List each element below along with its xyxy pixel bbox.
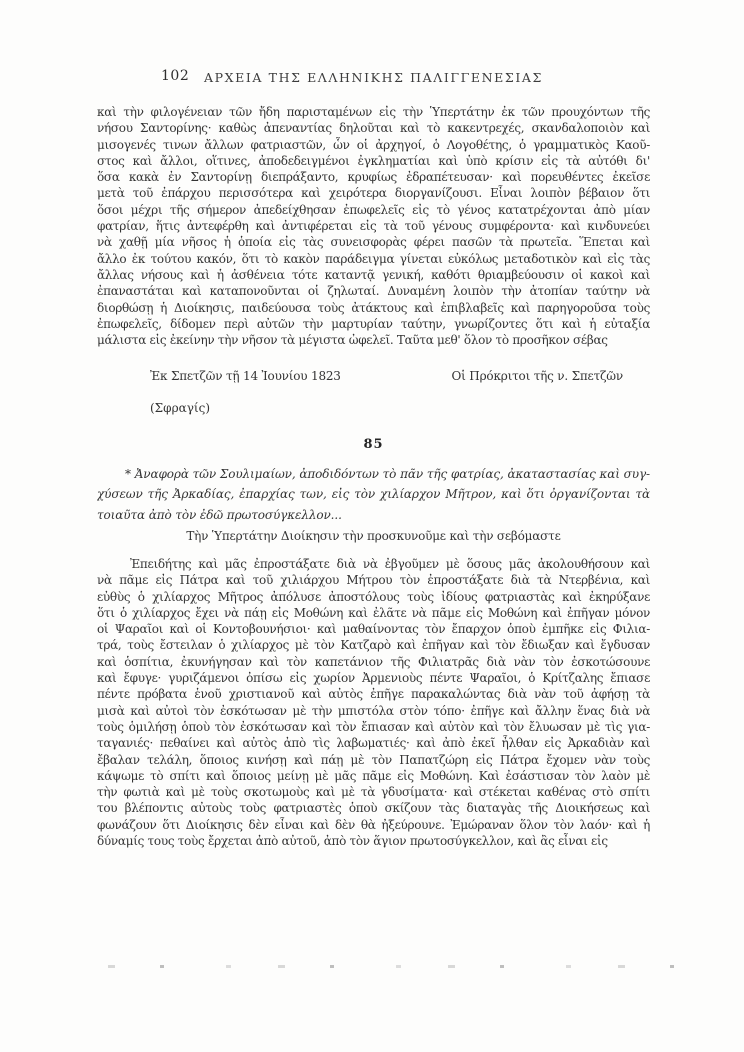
text-line: μισογενές τινων ἄλλων φατριαστῶν, ὧν οἱ … (97, 137, 650, 153)
text-line: φωνάζουν ὅτι Διοίκησις δὲν εἶναι καὶ δὲν… (97, 817, 650, 833)
text-line: πέντε πρόβατα ἑνοῦ χριστιανοῦ καὶ αὐτὸς … (97, 686, 650, 702)
document-body-paragraph: Ἐπειδήτης καὶ μᾶς ἐπροστάξατε διὰ νὰ ἐβγ… (97, 556, 650, 849)
text-line: διορθώσῃ ἡ Διοίκησις, παιδεύουσα τοὺς ἀτ… (97, 300, 650, 316)
text-line: στος καὶ ἄλλοι, οἵτινες, ἀποδεδειγμένοι … (97, 153, 650, 169)
text-line: εὐθὺς ὁ χιλίαρχος Μῆτρος ἀπόλυσε ἀποστόλ… (97, 589, 650, 605)
dateline: Ἐκ Σπετζῶν τῇ 14 Ἰουνίου 1823 Οἱ Πρόκριτ… (97, 369, 650, 383)
text-line: κάψωμε τὸ σπίτι καὶ ὅποιος μείνῃ μὲ μᾶς … (97, 768, 650, 784)
text-line: τοιαῦτα ἀπὸ τὸν ἐδῶ πρωτοσύγκελλον... (97, 505, 650, 525)
text-line: τοὺς ὁμιλήσῃ ὁποὺ τὸν ἐσκότωσαν καὶ τὸν … (97, 719, 650, 735)
text-line: οἱ Ψαραῖοι καὶ οἱ Κοντοβουνήσιοι· καὶ μα… (97, 621, 650, 637)
text-line: χύσεων τῆς Ἀρκαδίας, ἐπαρχίας των, εἰς τ… (97, 484, 650, 504)
text-line: μισὰ καὶ αὐτοὶ τὸν ἐσκότωσαν μὲ τὴν μπισ… (97, 703, 650, 719)
seal-note: (Σφραγίς) (97, 401, 703, 415)
text-line: μάλιστα εἰς ἐκείνην τὴν νῆσον τὰ μέγιστα… (97, 332, 650, 348)
text-line: ταγανιές· πεθαίνει καὶ αὐτὸς ἀπὸ τὶς λαβ… (97, 735, 650, 751)
text-line: ἐπαναστάται καὶ καταπονοῦνται οἱ ζηλωταί… (97, 283, 650, 299)
text-line: ἐπωφελεῖς, δίδομεν περὶ αὐτῶν τὴν μαρτυρ… (97, 316, 650, 332)
text-line: νὰ πᾶμε εἰς Πάτρα καὶ τοῦ χιλιάρχου Μήτρ… (97, 572, 650, 588)
testimonial-body-paragraph: καὶ τὴν φιλογένειαν τῶν ἤδη παρισταμένων… (97, 104, 650, 348)
text-line: * Ἀναφορὰ τῶν Σουλιμαίων, ἀποδιδόντων τὸ… (97, 464, 650, 484)
text-line: ὅτι ὁ χιλίαρχος ἔχει νὰ πάῃ εἰς Μοθώνη κ… (97, 605, 650, 621)
document-number-heading: 85 (97, 437, 650, 452)
text-line: ὅσοι μέχρι τῆς σήμερον ἀπεδείχθησαν ἐπωφ… (97, 202, 650, 218)
salutation-line: Τὴν Ὑπερτάτην Διοίκησιν τὴν προσκυνοῦμε … (97, 529, 650, 543)
text-line: Ἐπειδήτης καὶ μᾶς ἐπροστάξατε διὰ νὰ ἐβγ… (97, 556, 650, 572)
text-line: καὶ ἔφυγε· γυριζάμενοι ὀπίσω εἰς χωρίον … (97, 670, 650, 686)
text-line: τὴν φωτιὰ καὶ μὲ τοὺς σκοτωμοὺς καὶ μὲ τ… (97, 784, 650, 800)
document-summary: * Ἀναφορὰ τῶν Σουλιμαίων, ἀποδιδόντων τὸ… (97, 464, 650, 525)
scanned-book-page: 102 ΑΡΧΕΙΑ ΤΗΣ ΕΛΛΗΝΙΚΗΣ ΠΑΛΙΓΓΕΝΕΣΙΑΣ κ… (0, 0, 744, 1052)
text-line: ὅσα κακὰ ἐν Σαντορίνῃ διεπράξαντο, κρυφί… (97, 169, 650, 185)
text-line: του βλέποντις αὐτοὺς τοὺς φατριαστὲς ὁπο… (97, 800, 650, 816)
text-line: νήσου Σαντορίνης· καθὼς ἀπεναντίας δηλοῦ… (97, 120, 650, 136)
text-line: τρά, τοὺς ἔστειλαν ὁ χιλίαρχος μὲ τὸν Κα… (97, 637, 650, 653)
text-line: μετὰ τοῦ ἐπάρχου περισσότερα καὶ χειρότε… (97, 185, 650, 201)
dateline-signatories: Οἱ Πρόκριτοι τῆς ν. Σπετζῶν (452, 369, 623, 383)
text-line: καὶ τὴν φιλογένειαν τῶν ἤδη παρισταμένων… (97, 104, 650, 120)
text-line: δύναμίς τους τοὺς ἔρχεται ἀπὸ αὐτοῦ, ἀπὸ… (97, 833, 650, 849)
scan-artifact-specks (108, 965, 708, 968)
text-line: ἔβαλαν τελάλη, ὅποιος κινήσῃ καὶ πάῃ μὲ … (97, 752, 650, 768)
dateline-place-date: Ἐκ Σπετζῶν τῇ 14 Ἰουνίου 1823 (150, 369, 341, 383)
text-line: καὶ ὁσπίτια, ἐκυνήγησαν καὶ τὸν καπετάνι… (97, 654, 650, 670)
text-line: νὰ χαθῇ μία νῆσος ἡ ὁποία εἰς τὰς συνεισ… (97, 234, 650, 250)
text-line: ἄλλο ἐκ τούτου κακόν, ὅτι τὸ κακὸν παράδ… (97, 251, 650, 267)
running-header: 102 ΑΡΧΕΙΑ ΤΗΣ ΕΛΛΗΝΙΚΗΣ ΠΑΛΙΓΓΕΝΕΣΙΑΣ (97, 68, 650, 88)
text-line: φατρίαν, ἥτις ἀντεφέρθη καὶ ἀντιφέρεται … (97, 218, 650, 234)
running-title: ΑΡΧΕΙΑ ΤΗΣ ΕΛΛΗΝΙΚΗΣ ΠΑΛΙΓΓΕΝΕΣΙΑΣ (97, 70, 650, 85)
text-line: ἄλλας νήσους καὶ ἡ ἀσθένεια τότε καταντᾷ… (97, 267, 650, 283)
